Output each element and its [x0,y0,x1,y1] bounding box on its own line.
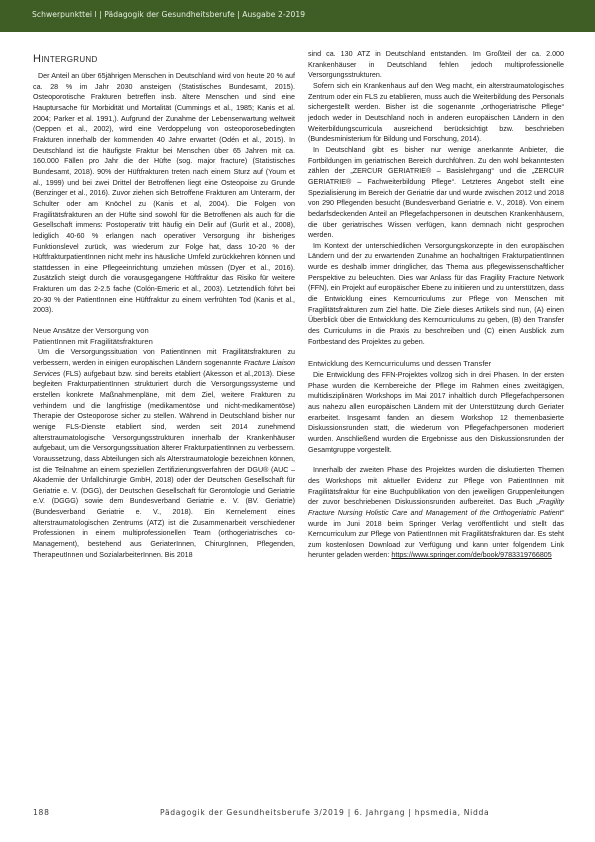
running-header-bar: Schwerpunkttei l | Pädagogik der Gesundh… [0,0,595,32]
continued-paragraph: sind ca. 130 ATZ in Deutschland entstand… [308,49,564,81]
right-column: sind ca. 130 ATZ in Deutschland entstand… [308,49,564,561]
subheading-line-1: Neue Ansätze der Versorgung von [33,326,149,335]
fls-text-after: (FLS) aufgebaut bzw. sind bereits etabli… [33,370,295,559]
phase2-text-before: Innerhalb der zweiten Phase des Projekte… [308,466,564,506]
providers-paragraph: In Deutschland gibt es bisher nur wenige… [308,145,564,241]
subheading-new-approaches: Neue Ansätze der Versorgung von PatientI… [33,326,295,347]
intro-paragraph: Der Anteil an über 65jährigen Menschen i… [33,71,295,316]
subheading-curriculum: Entwicklung des Kerncurriculums und dess… [308,359,564,370]
phase2-paragraph: Innerhalb der zweiten Phase des Projekte… [308,465,564,561]
page-number: 188 [33,808,50,817]
springer-book-link[interactable]: https://www.springer.com/de/book/9783319… [391,551,551,559]
phase1-paragraph: Die Entwicklung des FFN-Projektes vollzo… [308,370,564,455]
left-column: Der Anteil an über 65jährigen Menschen i… [33,71,295,560]
fls-paragraph: Um die Versorgungssituation von PatientI… [33,347,295,560]
paragraph-gap [308,455,564,465]
section-heading: Hintergrund [33,53,98,65]
training-paragraph: Sofern sich ein Krankenhaus auf den Weg … [308,81,564,145]
running-header-title: Schwerpunkttei l | Pädagogik der Gesundh… [32,10,305,19]
footer-journal-info: Pädagogik der Gesundheitsberufe 3/2019 |… [160,808,489,817]
subheading-line-2: PatientInnen mit Fragilitätsfrakturen [33,337,153,346]
context-paragraph: Im Kontext der unterschiedlichen Versorg… [308,241,564,348]
